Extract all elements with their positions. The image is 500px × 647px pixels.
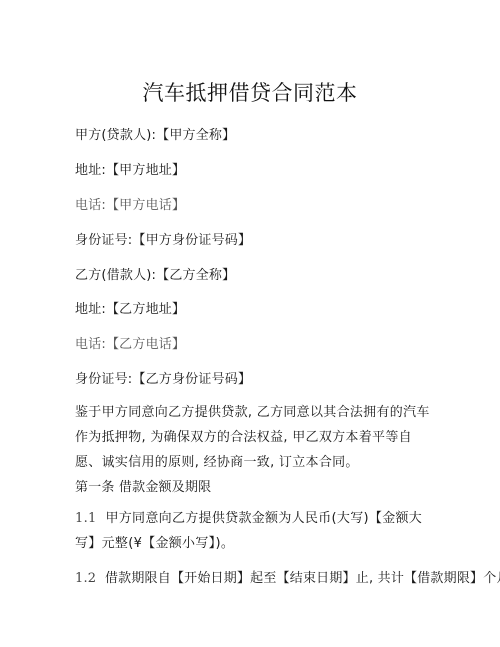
clause-1-2-number: 1.2 bbox=[75, 571, 96, 586]
clause-1-1-text: 甲方同意向乙方提供贷款金额为人民币(大写)【金额大写】元整(¥【金额小写】)。 bbox=[75, 511, 422, 551]
party-a-phone: 电话:【甲方电话】 bbox=[75, 194, 185, 213]
clause-1-2-text: 借款期限自【开始日期】起至【结束日期】止, 共计【借款期限】个月。 bbox=[105, 571, 500, 586]
party-b-phone: 电话:【乙方电话】 bbox=[75, 333, 185, 352]
party-b-name: 乙方(借款人):【乙方全称】 bbox=[75, 264, 235, 283]
party-b-address: 地址:【乙方地址】 bbox=[75, 298, 185, 317]
party-a-name: 甲方(贷款人):【甲方全称】 bbox=[75, 124, 235, 143]
clause-1-2: 1.2 借款期限自【开始日期】起至【结束日期】止, 共计【借款期限】个月。 bbox=[75, 567, 500, 586]
party-a-address: 地址:【甲方地址】 bbox=[75, 159, 185, 178]
document-page: 汽车抵押借贷合同范本 甲方(贷款人):【甲方全称】 地址:【甲方地址】 电话:【… bbox=[0, 0, 500, 647]
article-1-heading: 第一条 借款金额及期限 bbox=[75, 476, 211, 495]
party-a-id: 身份证号:【甲方身份证号码】 bbox=[75, 229, 251, 248]
clause-1-1: 1.1 甲方同意向乙方提供贷款金额为人民币(大写)【金额大写】元整(¥【金额小写… bbox=[75, 506, 430, 556]
preamble-paragraph: 鉴于甲方同意向乙方提供贷款, 乙方同意以其合法拥有的汽车作为抵押物, 为确保双方… bbox=[75, 400, 430, 475]
document-title: 汽车抵押借贷合同范本 bbox=[0, 77, 500, 107]
party-b-id: 身份证号:【乙方身份证号码】 bbox=[75, 368, 251, 387]
clause-1-1-number: 1.1 bbox=[75, 511, 97, 526]
